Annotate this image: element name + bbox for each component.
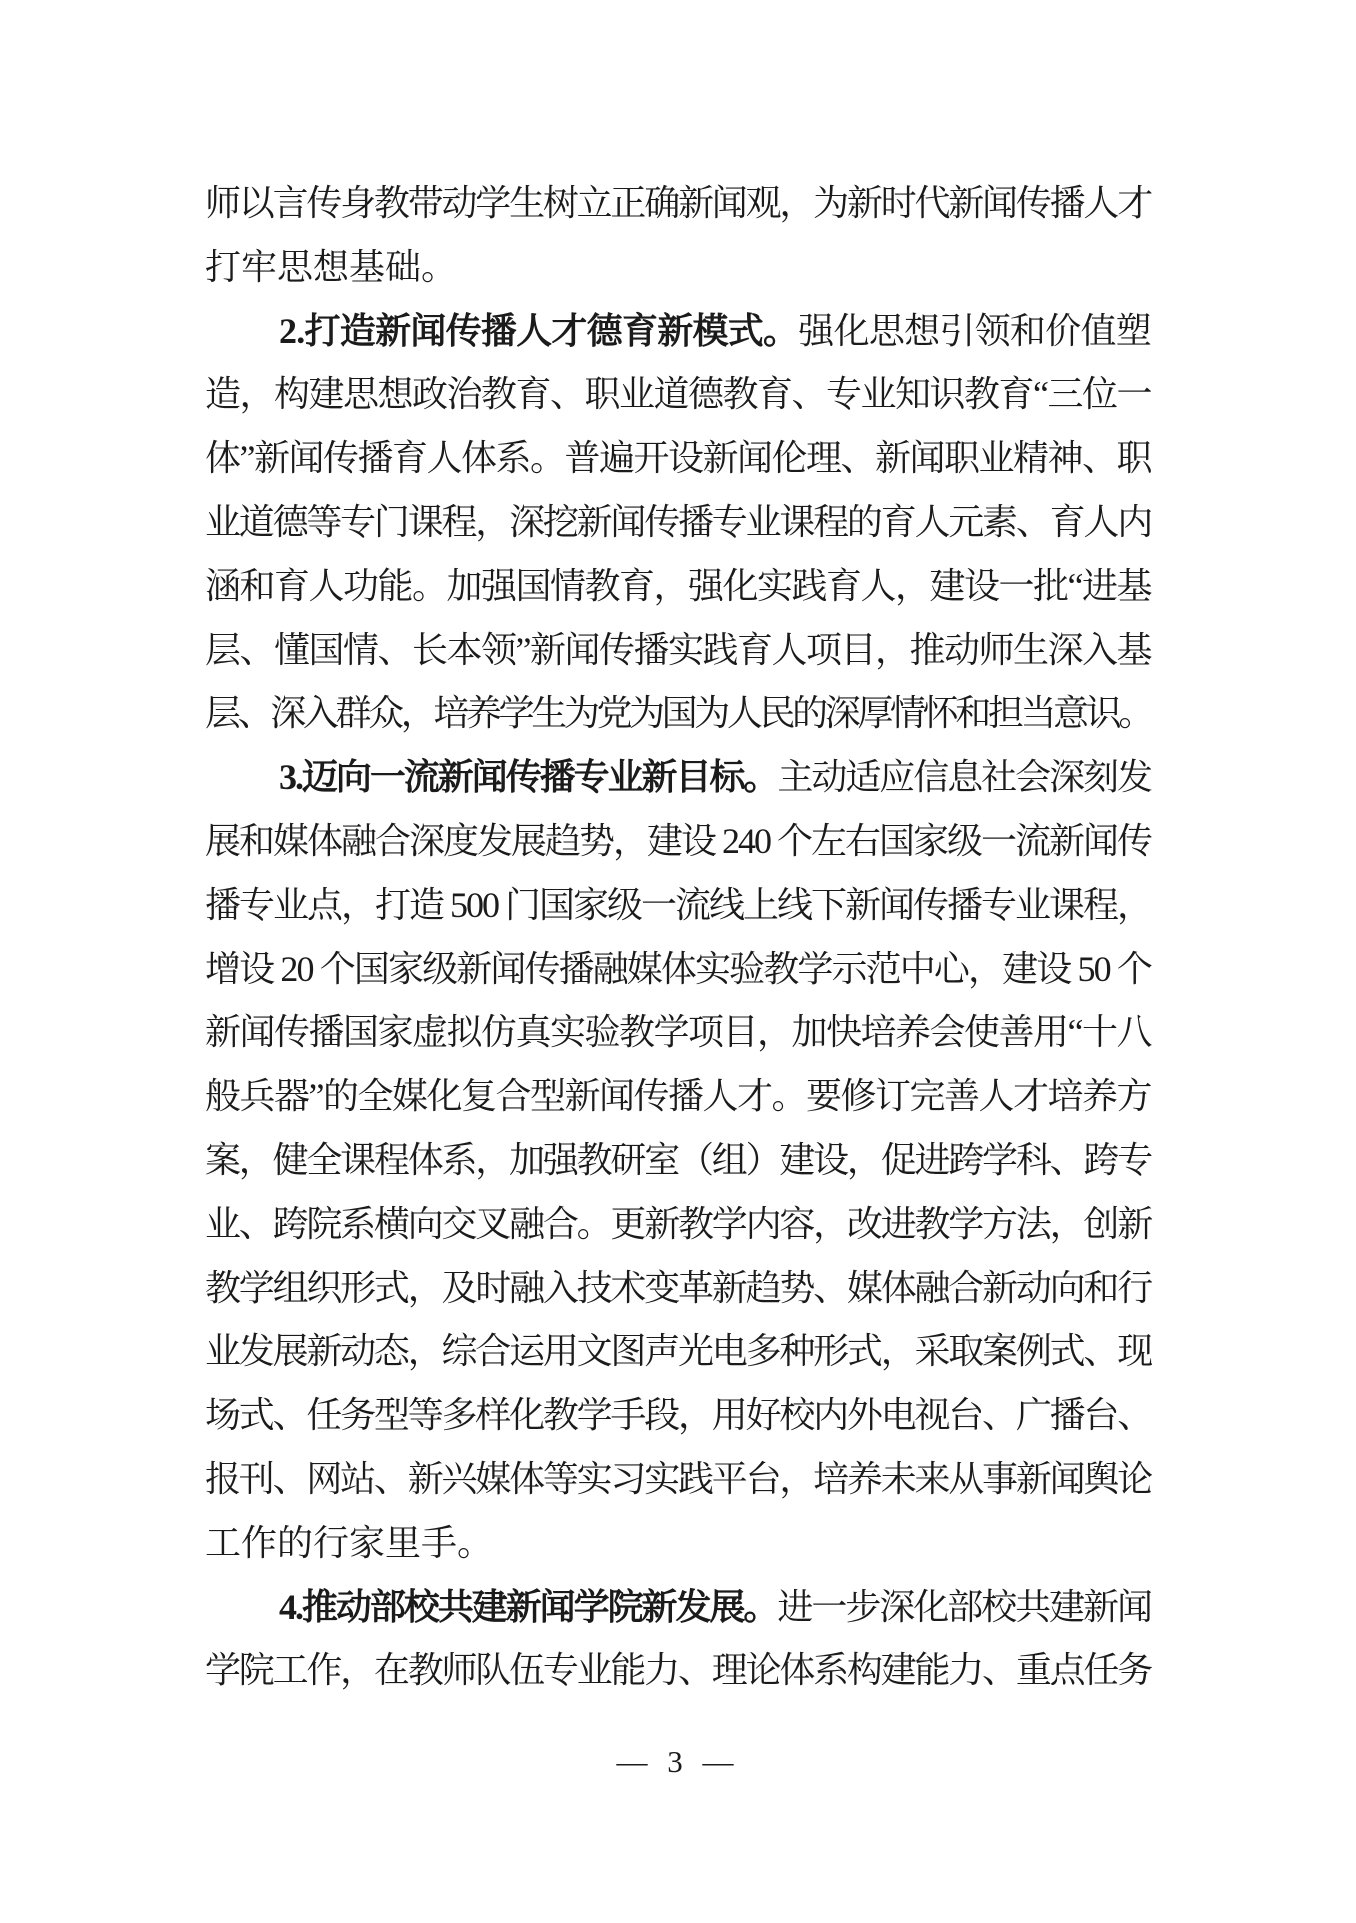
text-line: 业道德等专门课程，深挖新闻传播专业课程的育人元素、育人内 (205, 491, 1151, 555)
text-run: 体”新闻传播育人体系。普遍开设新闻伦理、新闻职业精神、职 (205, 438, 1151, 478)
text-run: 展和媒体融合深度发展趋势，建设 240 个左右国家级一流新闻传 (205, 821, 1151, 861)
text-run: 师以言传身教带动学生树立正确新闻观，为新时代新闻传播人才 (205, 183, 1151, 223)
line-content: 工作的行家里手。 (205, 1523, 493, 1563)
line-content: 师以言传身教带动学生树立正确新闻观，为新时代新闻传播人才 (205, 183, 1151, 223)
line-content: 业道德等专门课程，深挖新闻传播专业课程的育人元素、育人内 (205, 502, 1151, 542)
document-body: 师以言传身教带动学生树立正确新闻观，为新时代新闻传播人才打牢思想基础。2.打造新… (205, 172, 1151, 1703)
text-run: 业发展新动态，综合运用文图声光电多种形式，采取案例式、现 (205, 1331, 1151, 1371)
text-line: 层、深入群众，培养学生为党为国为人民的深厚情怀和担当意识。 (205, 682, 1151, 746)
line-content: 展和媒体融合深度发展趋势，建设 240 个左右国家级一流新闻传 (205, 821, 1151, 861)
text-run: 案，健全课程体系，加强教研室（组）建设，促进跨学科、跨专 (205, 1140, 1151, 1180)
section-heading-line: 2.打造新闻传播人才德育新模式。强化思想引领和价值塑 (205, 300, 1151, 364)
line-content: 4.推动部校共建新闻学院新发展。进一步深化部校共建新闻 (279, 1587, 1151, 1627)
text-line: 业发展新动态，综合运用文图声光电多种形式，采取案例式、现 (205, 1320, 1151, 1384)
line-content: 层、懂国情、长本领”新闻传播实践育人项目，推动师生深入基 (205, 630, 1151, 670)
text-run: 造，构建思想政治教育、职业道德教育、专业知识教育“三位一 (205, 374, 1151, 414)
text-line: 播专业点，打造 500 门国家级一流线上线下新闻传播专业课程， (205, 874, 1151, 938)
line-content: 层、深入群众，培养学生为党为国为人民的深厚情怀和担当意识。 (205, 693, 1151, 733)
text-line: 涵和育人功能。加强国情教育，强化实践育人，建设一批“进基 (205, 555, 1151, 619)
section-heading-line: 4.推动部校共建新闻学院新发展。进一步深化部校共建新闻 (205, 1576, 1151, 1640)
line-content: 业发展新动态，综合运用文图声光电多种形式，采取案例式、现 (205, 1331, 1151, 1371)
text-run: 业道德等专门课程，深挖新闻传播专业课程的育人元素、育人内 (205, 502, 1151, 542)
line-content: 打牢思想基础。 (205, 247, 457, 287)
text-run: 涵和育人功能。加强国情教育，强化实践育人，建设一批“进基 (205, 566, 1151, 606)
text-run: 学院工作，在教师队伍专业能力、理论体系构建能力、重点任务 (205, 1650, 1151, 1690)
line-content: 2.打造新闻传播人才德育新模式。强化思想引领和价值塑 (279, 311, 1151, 351)
line-content: 增设 20 个国家级新闻传播融媒体实验教学示范中心，建设 50 个 (205, 949, 1151, 989)
text-line: 增设 20 个国家级新闻传播融媒体实验教学示范中心，建设 50 个 (205, 938, 1151, 1002)
text-run: 播专业点，打造 500 门国家级一流线上线下新闻传播专业课程， (205, 885, 1151, 925)
document-page: 师以言传身教带动学生树立正确新闻观，为新时代新闻传播人才打牢思想基础。2.打造新… (0, 0, 1356, 1923)
heading-run: 3.迈向一流新闻传播专业新目标。 (279, 757, 777, 797)
text-line: 层、懂国情、长本领”新闻传播实践育人项目，推动师生深入基 (205, 619, 1151, 683)
line-content: 涵和育人功能。加强国情教育，强化实践育人，建设一批“进基 (205, 566, 1151, 606)
text-line: 业、跨院系横向交叉融合。更新教学内容，改进教学方法，创新 (205, 1193, 1151, 1257)
line-content: 造，构建思想政治教育、职业道德教育、专业知识教育“三位一 (205, 374, 1151, 414)
page-number: — 3 — (0, 1742, 1356, 1782)
line-content: 场式、任务型等多样化教学手段，用好校内外电视台、广播台、 (205, 1395, 1151, 1435)
heading-run: 2.打造新闻传播人才德育新模式。 (279, 311, 798, 351)
text-line: 案，健全课程体系，加强教研室（组）建设，促进跨学科、跨专 (205, 1129, 1151, 1193)
text-line: 工作的行家里手。 (205, 1512, 1151, 1576)
text-line: 新闻传播国家虚拟仿真实验教学项目，加快培养会使善用“十八 (205, 1001, 1151, 1065)
text-run: 业、跨院系横向交叉融合。更新教学内容，改进教学方法，创新 (205, 1204, 1151, 1244)
text-line: 学院工作，在教师队伍专业能力、理论体系构建能力、重点任务 (205, 1639, 1151, 1703)
text-run: 报刊、网站、新兴媒体等实习实践平台，培养未来从事新闻舆论 (205, 1459, 1151, 1499)
line-content: 报刊、网站、新兴媒体等实习实践平台，培养未来从事新闻舆论 (205, 1459, 1151, 1499)
text-line: 打牢思想基础。 (205, 236, 1151, 300)
text-run: 工作的行家里手。 (205, 1523, 493, 1563)
text-line: 场式、任务型等多样化教学手段，用好校内外电视台、广播台、 (205, 1384, 1151, 1448)
text-run: 打牢思想基础。 (205, 247, 457, 287)
text-run: 场式、任务型等多样化教学手段，用好校内外电视台、广播台、 (205, 1395, 1151, 1435)
line-content: 业、跨院系横向交叉融合。更新教学内容，改进教学方法，创新 (205, 1204, 1151, 1244)
text-line: 展和媒体融合深度发展趋势，建设 240 个左右国家级一流新闻传 (205, 810, 1151, 874)
text-run: 般兵器”的全媒化复合型新闻传播人才。要修订完善人才培养方 (205, 1076, 1151, 1116)
text-run: 层、深入群众，培养学生为党为国为人民的深厚情怀和担当意识。 (205, 693, 1151, 733)
line-content: 般兵器”的全媒化复合型新闻传播人才。要修订完善人才培养方 (205, 1076, 1151, 1116)
text-line: 师以言传身教带动学生树立正确新闻观，为新时代新闻传播人才 (205, 172, 1151, 236)
text-run: 进一步深化部校共建新闻 (777, 1587, 1151, 1627)
line-content: 案，健全课程体系，加强教研室（组）建设，促进跨学科、跨专 (205, 1140, 1151, 1180)
line-content: 新闻传播国家虚拟仿真实验教学项目，加快培养会使善用“十八 (205, 1012, 1151, 1052)
text-run: 层、懂国情、长本领”新闻传播实践育人项目，推动师生深入基 (205, 630, 1151, 670)
text-run: 新闻传播国家虚拟仿真实验教学项目，加快培养会使善用“十八 (205, 1012, 1151, 1052)
text-run: 教学组织形式，及时融入技术变革新趋势、媒体融合新动向和行 (205, 1268, 1151, 1308)
line-content: 体”新闻传播育人体系。普遍开设新闻伦理、新闻职业精神、职 (205, 438, 1151, 478)
line-content: 播专业点，打造 500 门国家级一流线上线下新闻传播专业课程， (205, 885, 1151, 925)
line-content: 3.迈向一流新闻传播专业新目标。主动适应信息社会深刻发 (279, 757, 1151, 797)
text-line: 造，构建思想政治教育、职业道德教育、专业知识教育“三位一 (205, 363, 1151, 427)
section-heading-line: 3.迈向一流新闻传播专业新目标。主动适应信息社会深刻发 (205, 746, 1151, 810)
text-run: 主动适应信息社会深刻发 (777, 757, 1151, 797)
text-run: 强化思想引领和价值塑 (798, 311, 1151, 351)
text-line: 般兵器”的全媒化复合型新闻传播人才。要修订完善人才培养方 (205, 1065, 1151, 1129)
text-line: 体”新闻传播育人体系。普遍开设新闻伦理、新闻职业精神、职 (205, 427, 1151, 491)
text-line: 报刊、网站、新兴媒体等实习实践平台，培养未来从事新闻舆论 (205, 1448, 1151, 1512)
line-content: 教学组织形式，及时融入技术变革新趋势、媒体融合新动向和行 (205, 1268, 1151, 1308)
text-line: 教学组织形式，及时融入技术变革新趋势、媒体融合新动向和行 (205, 1257, 1151, 1321)
heading-run: 4.推动部校共建新闻学院新发展。 (279, 1587, 777, 1627)
line-content: 学院工作，在教师队伍专业能力、理论体系构建能力、重点任务 (205, 1650, 1151, 1690)
text-run: 增设 20 个国家级新闻传播融媒体实验教学示范中心，建设 50 个 (205, 949, 1151, 989)
